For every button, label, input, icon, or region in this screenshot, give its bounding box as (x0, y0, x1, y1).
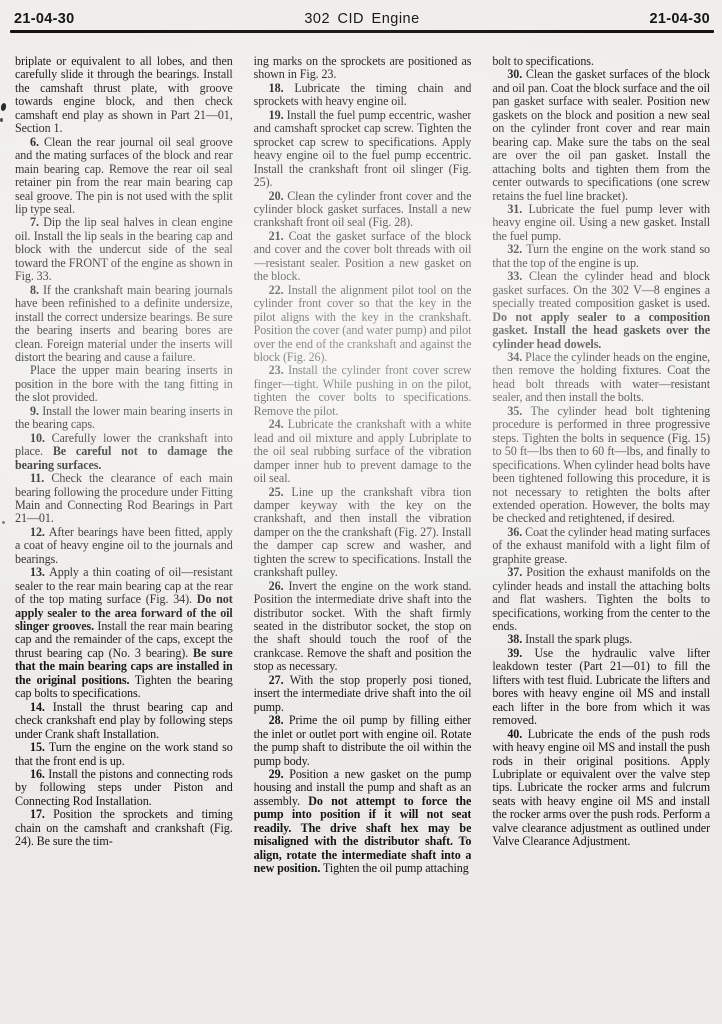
text-run: Install the lower main bearing inserts i… (15, 404, 233, 431)
step-number: 28. (269, 713, 289, 727)
paragraph: 23. Install the cylinder front cover scr… (254, 364, 472, 418)
paragraph: 17. Position the sprockets and timing ch… (15, 808, 233, 848)
step-number: 11. (30, 471, 51, 485)
paragraph: 16. Install the pistons and connecting r… (15, 768, 233, 808)
step-number: 39. (507, 646, 534, 660)
page-number-right: 21-04-30 (650, 11, 710, 27)
step-number: 30. (507, 67, 526, 81)
text-run: Clean the gasket surfaces of the block a… (492, 67, 710, 202)
step-number: 23. (269, 363, 288, 377)
step-number: 31. (507, 202, 528, 216)
step-number: 13. (30, 565, 49, 579)
step-number: 38. (507, 632, 525, 646)
paragraph: 36. Coat the cylinder head mating surfac… (492, 526, 710, 566)
column-1: briplate or equivalent to all lobes, and… (15, 55, 233, 999)
content-columns: briplate or equivalent to all lobes, and… (0, 33, 722, 999)
step-number: 24. (269, 417, 288, 431)
paragraph: 6. Clean the rear journal oil seal groov… (15, 136, 233, 217)
step-number: 29. (269, 767, 290, 781)
step-number: 36. (507, 525, 525, 539)
paragraph: 32. Turn the engine on the work stand so… (492, 243, 710, 270)
step-number: 21. (269, 229, 289, 243)
step-number: 16. (30, 767, 48, 781)
paragraph: 35. The cylinder head bolt tightening pr… (492, 405, 710, 526)
step-number: 10. (30, 431, 52, 445)
scan-speck (2, 521, 5, 524)
paragraph: 21. Coat the gasket surface of the block… (254, 230, 472, 284)
text-run: Install the pistons and connecting rods … (15, 767, 233, 808)
paragraph: 18. Lubricate the timing chain and sproc… (254, 82, 472, 109)
text-run: The cylinder head bolt tightening proced… (492, 404, 710, 526)
paragraph: ing marks on the sprockets are positione… (254, 55, 472, 82)
step-number: 26. (269, 579, 289, 593)
step-number: 35. (507, 404, 530, 418)
paragraph: 30. Clean the gasket surfaces of the blo… (492, 68, 710, 203)
paragraph: 11. Check the clearance of each main bea… (15, 472, 233, 526)
paragraph: 26. Invert the engine on the work stand.… (254, 580, 472, 674)
paragraph: 20. Clean the cylinder front cover and t… (254, 190, 472, 230)
paragraph: 37. Position the exhaust manifolds on th… (492, 566, 710, 633)
text-run: Coat the cylinder head mating surfaces o… (492, 525, 710, 566)
step-number: 9. (30, 404, 42, 418)
paragraph: 8. If the crankshaft main bearing journa… (15, 284, 233, 365)
step-number: 33. (507, 269, 529, 283)
text-run: briplate or equivalent to all lobes, and… (15, 55, 233, 135)
paragraph: bolt to specifications. (492, 55, 710, 68)
step-number: 22. (269, 283, 288, 297)
paragraph: 9. Install the lower main bearing insert… (15, 405, 233, 432)
text-run: Install the spark plugs. (525, 632, 632, 646)
manual-page: { "page": { "paper_color": "#f4f2ee", "i… (0, 0, 722, 1024)
paragraph: 27. With the stop properly posi tioned, … (254, 674, 472, 714)
step-number: 19. (269, 108, 287, 122)
step-number: 14. (30, 700, 53, 714)
scan-speck (0, 118, 3, 122)
step-number: 8. (30, 283, 43, 297)
paragraph: 15. Turn the engine on the work stand so… (15, 741, 233, 768)
paragraph: 38. Install the spark plugs. (492, 633, 710, 646)
text-run: Clean the cylinder front cover and the c… (254, 189, 472, 230)
step-number: 20. (269, 189, 288, 203)
text-run: Tighten the oil pump attaching (320, 861, 468, 875)
text-run: bolt to specifications. (492, 55, 593, 68)
step-number: 40. (507, 727, 527, 741)
text-run: Dip the lip seal halves in clean engine … (15, 215, 233, 283)
page-number-left: 21-04-30 (14, 11, 74, 27)
step-number: 12. (30, 525, 49, 539)
step-number: 15. (30, 740, 49, 754)
paragraph: 29. Position a new gasket on the pump ho… (254, 768, 472, 876)
paragraph: 40. Lubricate the ends of the push rods … (492, 728, 710, 849)
step-number: 7. (30, 215, 43, 229)
text-run: If the crankshaft main bearing journals … (15, 283, 233, 364)
text-run: ing marks on the sprockets are positione… (254, 55, 472, 81)
column-2: ing marks on the sprockets are positione… (254, 55, 472, 999)
step-number: 37. (507, 565, 526, 579)
paragraph: 22. Install the alignment pilot tool on … (254, 284, 472, 365)
column-3: bolt to specifications.30. Clean the gas… (492, 55, 710, 999)
page-title: 302 CID Engine (304, 11, 419, 27)
step-number: 17. (30, 807, 53, 821)
step-number: 25. (269, 485, 292, 499)
paragraph: 33. Clean the cylinder head and block ga… (492, 270, 710, 351)
step-number: 32. (507, 242, 526, 256)
text-run: Clean the rear journal oil seal groove a… (15, 135, 233, 216)
paragraph: 13. Apply a thin coating of oil—resistan… (15, 566, 233, 701)
paragraph: 14. Install the thrust bearing cap and c… (15, 701, 233, 741)
paragraph: 7. Dip the lip seal halves in clean engi… (15, 216, 233, 283)
step-number: 27. (269, 673, 290, 687)
text-run: Line up the crankshaft vibra tion damper… (254, 485, 472, 580)
step-number: 34. (507, 350, 525, 364)
paragraph: 24. Lubricate the crankshaft with a whit… (254, 418, 472, 485)
step-number: 18. (269, 81, 295, 95)
text-run: Place the cylinder heads on the engine, … (492, 350, 710, 404)
paragraph: 10. Carefully lower the crankshaft into … (15, 432, 233, 472)
paragraph: 19. Install the fuel pump eccentric, was… (254, 109, 472, 190)
step-number: 6. (30, 135, 44, 149)
page-header: 21-04-30 302 CID Engine 21-04-30 (0, 0, 722, 27)
paragraph: 34. Place the cylinder heads on the engi… (492, 351, 710, 405)
text-run: Install the fuel pump eccentric, washer … (254, 108, 472, 189)
paragraph: 31. Lubricate the fuel pump lever with h… (492, 203, 710, 243)
paragraph: 28. Prime the oil pump by filling either… (254, 714, 472, 768)
paragraph: briplate or equivalent to all lobes, and… (15, 55, 233, 136)
paragraph: 39. Use the hydraulic valve lifter leakd… (492, 647, 710, 728)
paragraph: Place the upper main bearing inserts in … (15, 364, 233, 404)
bold-text-run: Do not apply sealer to a composition gas… (492, 310, 710, 351)
text-run: Place the upper main bearing inserts in … (15, 363, 233, 404)
paragraph: 25. Line up the crankshaft vibra tion da… (254, 486, 472, 580)
text-run: Invert the engine on the work stand. Pos… (254, 579, 472, 674)
text-run: Lubricate the ends of the push rods with… (492, 727, 710, 849)
paragraph: 12. After bearings have been fitted, app… (15, 526, 233, 566)
